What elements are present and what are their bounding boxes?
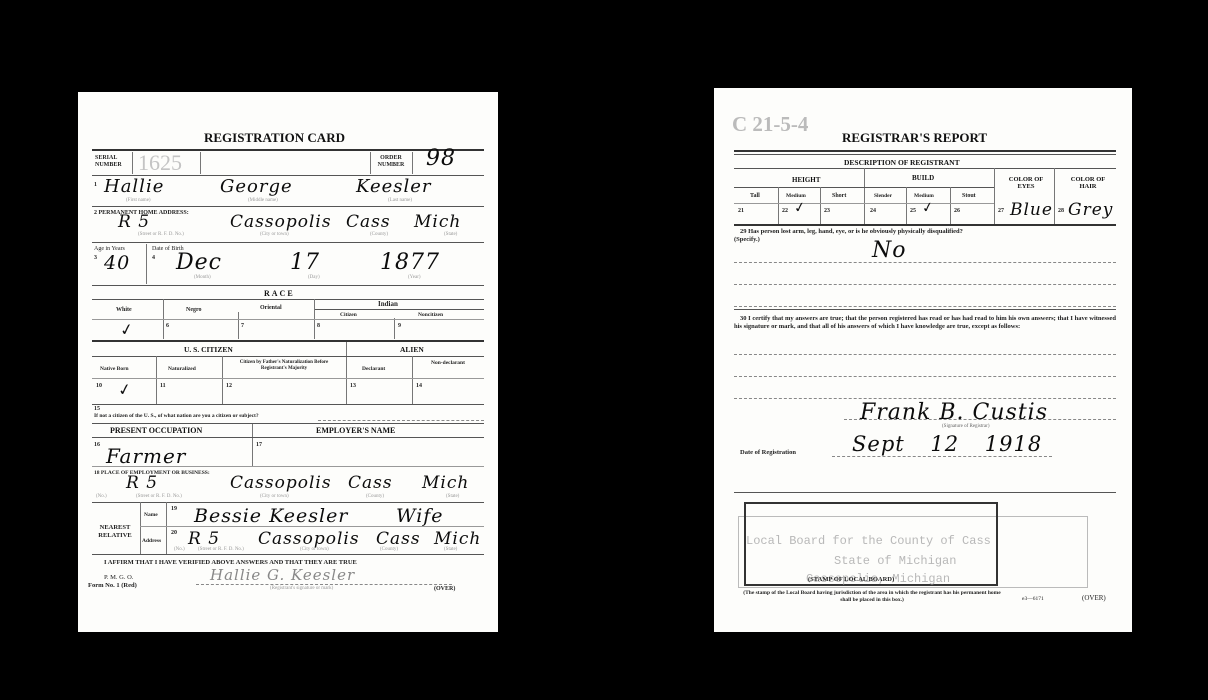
nearest-relative-label: NEAREST RELATIVE	[92, 524, 138, 540]
home-street: R 5	[118, 212, 150, 232]
native-born-checkmark: ✓	[116, 379, 133, 400]
relative-name: Bessie Keesler	[194, 505, 348, 527]
description-header: DESCRIPTION OF REGISTRANT	[844, 158, 960, 167]
stamp-line-2: State of Michigan	[834, 554, 956, 568]
field-number: 23	[824, 208, 830, 214]
col-slender: Slender	[874, 193, 892, 199]
race-col-negro: Negro	[186, 307, 202, 313]
col-native-born: Native Born	[100, 366, 129, 372]
field-number: 11	[160, 383, 166, 389]
field-number: 21	[738, 208, 744, 214]
eye-color: Blue	[1010, 200, 1053, 220]
dob-year: 1877	[380, 250, 440, 275]
race-col-noncitizen: Noncitizen	[418, 312, 443, 318]
col-declarant: Declarant	[362, 366, 385, 372]
caption: (Street or R. F. D. No.)	[136, 494, 182, 499]
registration-card: REGISTRATION CARD SERIAL NUMBER 1625 ORD…	[78, 92, 498, 632]
form-id: Form No. 1 (Red)	[88, 582, 137, 589]
field-number: 27	[998, 208, 1004, 214]
citizenship-question: If not a citizen of the U. S., of what n…	[94, 413, 259, 419]
field-number: 8	[317, 323, 320, 329]
field-number: 20	[171, 530, 177, 536]
caption: (Street or R. F. D. No.)	[138, 232, 184, 237]
caption: (Year)	[408, 275, 421, 280]
home-city: Cassopolis	[230, 212, 332, 232]
white-checkmark: ✓	[118, 319, 135, 340]
caption: (No.)	[174, 547, 185, 552]
field-number: 12	[226, 383, 232, 389]
eyes-header: COLOR OF EYES	[1002, 176, 1050, 190]
caption: (Signature of Registrar)	[942, 424, 990, 429]
caption: (First name)	[126, 198, 151, 203]
relative-relation: Wife	[396, 505, 444, 527]
affirmation-text: I AFFIRM THAT I HAVE VERIFIED ABOVE ANSW…	[104, 559, 357, 566]
field-number: 7	[241, 323, 244, 329]
over-label: (OVER)	[434, 586, 455, 592]
race-col-citizen: Citizen	[340, 312, 357, 318]
col-naturalized: Naturalized	[168, 366, 196, 372]
col-short: Short	[832, 193, 846, 199]
last-name: Keesler	[356, 176, 432, 197]
question-30: 30 I certify that my answers are true; t…	[734, 315, 1116, 330]
field-number: 22	[782, 208, 788, 214]
order-label: ORDER NUMBER	[374, 155, 408, 169]
field-number: 10	[96, 383, 102, 389]
home-county: Cass	[346, 212, 391, 232]
field-number: 26	[954, 208, 960, 214]
build-header: BUILD	[912, 174, 934, 182]
field-number: 24	[870, 208, 876, 214]
caption: (State)	[444, 232, 457, 237]
caption: (City or town)	[260, 494, 289, 499]
order-number: 98	[426, 146, 456, 171]
race-header: RACE	[264, 289, 295, 298]
relative-state: Mich	[434, 529, 481, 549]
serial-number: 1625	[138, 150, 182, 176]
race-col-oriental: Oriental	[260, 305, 282, 311]
occupation-header: PRESENT OCCUPATION	[110, 426, 202, 435]
field-number: 3	[94, 255, 97, 261]
date-of-registration: Sept 12 1918	[852, 432, 1042, 456]
field-number: 17	[256, 442, 262, 448]
field-number: 4	[152, 255, 155, 261]
hair-color: Grey	[1068, 200, 1113, 220]
home-state: Mich	[414, 212, 461, 232]
registrars-report-card: C 21-5-4 REGISTRAR'S REPORT DESCRIPTION …	[714, 88, 1132, 632]
registrant-signature: Hallie G. Keesler	[210, 566, 355, 584]
first-name: Hallie	[104, 176, 164, 197]
col-father-naturalization: Citizen by Father's Naturalization Befor…	[228, 360, 340, 372]
employment-street: R 5	[126, 473, 158, 493]
caption: (Last name)	[388, 198, 412, 203]
relative-county: Cass	[376, 529, 421, 549]
field-number: 28	[1058, 208, 1064, 214]
stamp-number: C 21-5-4	[732, 112, 808, 137]
field-number: 19	[171, 506, 177, 512]
stamp-note: (The stamp of the Local Board having jur…	[742, 590, 1002, 603]
form-id: P. M. G. O.	[104, 574, 133, 581]
stamp-line-1: Local Board for the County of Cass	[746, 534, 991, 548]
form-code: e3—6171	[1022, 596, 1044, 602]
report-title: REGISTRAR'S REPORT	[842, 130, 987, 146]
employment-state: Mich	[422, 473, 469, 493]
hair-header: COLOR OF HAIR	[1064, 176, 1112, 190]
height-header: HEIGHT	[792, 176, 820, 184]
field-number: 15	[94, 406, 100, 412]
card-title: REGISTRATION CARD	[204, 130, 345, 146]
occupation-value: Farmer	[106, 444, 186, 468]
field-number: 1	[94, 182, 97, 188]
question-29: 29 Has person lost arm, leg, hand, eye, …	[740, 228, 963, 235]
serial-label: SERIAL NUMBER	[95, 155, 129, 169]
caption: (City or town)	[300, 547, 329, 552]
employment-county: Cass	[348, 473, 393, 493]
alien-header: ALIEN	[400, 345, 424, 354]
employment-city: Cassopolis	[230, 473, 332, 493]
field-number: 16	[94, 442, 100, 448]
field-number: 9	[398, 323, 401, 329]
stamp-caption: (STAMP OF LOCAL BOARD)	[808, 576, 894, 583]
relative-city: Cassopolis	[258, 529, 360, 549]
col-build-medium: Medium	[914, 193, 934, 199]
dob-month: Dec	[176, 250, 222, 275]
caption: (County)	[380, 547, 398, 552]
registrar-signature: Frank B. Custis	[860, 400, 1048, 425]
height-medium-checkmark: ✓	[793, 199, 807, 217]
caption: (Month)	[194, 275, 211, 280]
caption: (Street or R. F. D. No.)	[198, 547, 244, 552]
caption: (Registrant's signature or mark)	[270, 586, 333, 591]
col-tall: Tall	[750, 193, 760, 199]
date-of-registration-label: Date of Registration	[740, 449, 796, 456]
col-non-declarant: Non-declarant	[426, 360, 470, 367]
relative-name-label: Name	[144, 512, 158, 518]
caption: (No.)	[96, 494, 107, 499]
col-stout: Stout	[962, 193, 976, 199]
us-citizen-header: U. S. CITIZEN	[184, 345, 233, 354]
field-number: 13	[350, 383, 356, 389]
relative-address-label: Address	[142, 538, 161, 544]
dob-day: 17	[290, 250, 320, 275]
field-number: 14	[416, 383, 422, 389]
age-value: 40	[104, 252, 130, 274]
caption: (State)	[444, 547, 457, 552]
caption: (State)	[446, 494, 459, 499]
field-number: 6	[166, 323, 169, 329]
over-label: (OVER)	[1082, 594, 1106, 602]
middle-name: George	[220, 176, 293, 197]
caption: (County)	[370, 232, 388, 237]
caption: (Day)	[308, 275, 320, 280]
caption: (County)	[366, 494, 384, 499]
caption: (City or town)	[260, 232, 289, 237]
employer-header: EMPLOYER'S NAME	[316, 426, 395, 435]
specify-label: (Specify.)	[734, 236, 760, 243]
race-col-indian: Indian	[378, 300, 398, 308]
caption: (Middle name)	[248, 198, 278, 203]
relative-street: R 5	[188, 529, 220, 549]
field-number: 25	[910, 208, 916, 214]
question-29-answer: No	[872, 238, 907, 263]
build-medium-checkmark: ✓	[921, 199, 935, 217]
race-col-white: White	[116, 307, 132, 313]
col-height-medium: Medium	[786, 193, 806, 199]
